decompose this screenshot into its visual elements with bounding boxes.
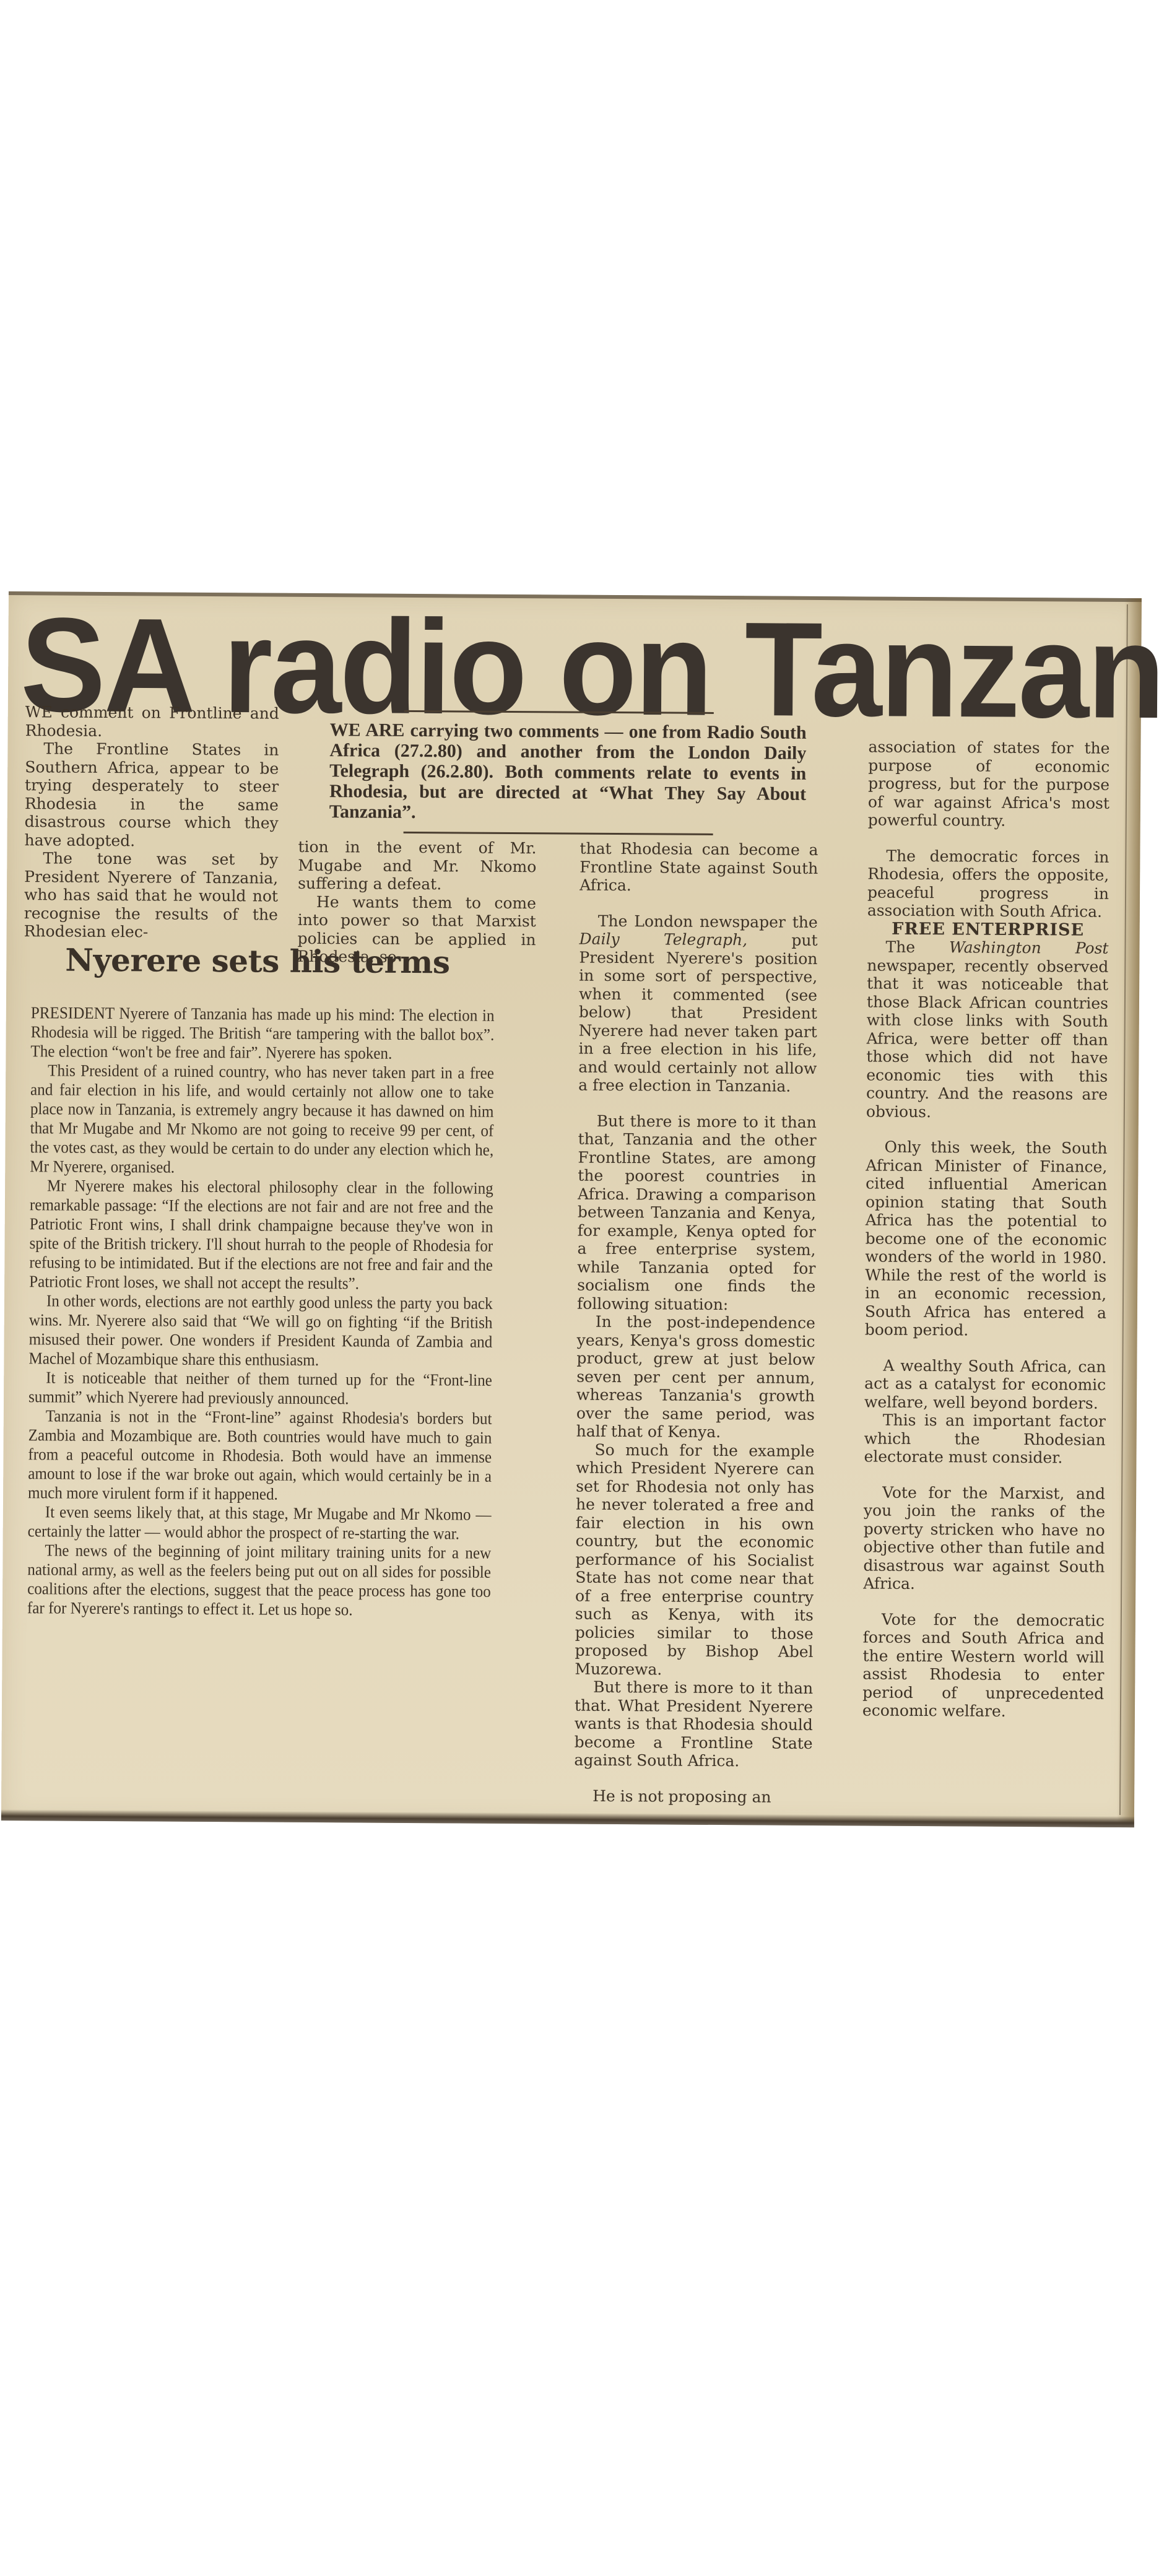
paragraph: But there is more to it than that, Tanza… — [577, 1112, 817, 1314]
paragraph: PRESIDENT Nyerere of Tanzania has made u… — [30, 1003, 494, 1064]
paragraph: He is not proposing an — [574, 1786, 812, 1806]
paragraph: A wealthy South Africa, can act as a cat… — [864, 1356, 1106, 1412]
text: newspaper, recently observed that it was… — [866, 956, 1109, 1121]
paragraph: In other words, elections are not earthl… — [28, 1291, 492, 1371]
paragraph: The democratic forces in Rhodesia, offer… — [867, 846, 1109, 921]
section-heading: FREE ENTERPRISE — [867, 920, 1109, 939]
intro-text: WE ARE carrying two comments — one from … — [329, 720, 807, 822]
paragraph: The Washington Post newspaper, recently … — [866, 938, 1109, 1121]
paragraph: This is an important factor which the Rh… — [864, 1411, 1106, 1467]
second-article-body: PRESIDENT Nyerere of Tanzania has made u… — [27, 1003, 495, 1621]
paragraph: The news of the beginning of joint milit… — [27, 1541, 491, 1621]
paragraph: The Frontline States in Southern Africa,… — [24, 739, 279, 851]
text: The London newspaper the — [598, 912, 818, 931]
paragraph: In the post-independence years, Kenya's … — [576, 1313, 815, 1442]
paragraph: association of states for the purpose of… — [868, 738, 1110, 830]
column-4: association of states for the purpose of… — [862, 738, 1110, 1721]
second-article-headline: Nyerere sets his terms — [65, 942, 449, 981]
paragraph: Mr Nyerere makes his electoral philosoph… — [29, 1176, 493, 1294]
paragraph: It even seems likely that, at this stage… — [28, 1502, 492, 1544]
paragraph: Tanzania is not in the “Front-line” agai… — [28, 1406, 492, 1505]
divider — [404, 832, 713, 835]
paragraph: WE comment on Frontline and Rhodesia. — [25, 703, 279, 741]
paragraph: The tone was set by President Nyerere of… — [24, 849, 279, 942]
paragraph: Vote for the Marxist, and you join the r… — [863, 1483, 1105, 1594]
paragraph: that Rhodesia can become a Frontline Sta… — [579, 840, 818, 896]
column-3: that Rhodesia can become a Frontline Sta… — [574, 840, 818, 1806]
paragraph: The London newspaper the Daily Telegraph… — [578, 912, 818, 1095]
paragraph: Vote for the democratic forces and South… — [862, 1610, 1105, 1721]
paragraph: It is noticeable that neither of them tu… — [28, 1368, 492, 1409]
editor-intro-box: WE ARE carrying two comments — one from … — [329, 710, 807, 833]
paragraph: Only this week, the South African Minist… — [865, 1138, 1108, 1340]
text: put President Nyerere's position in some… — [578, 931, 818, 1095]
paragraph: But there is more to it than that. What … — [574, 1678, 813, 1771]
paragraph: This President of a ruined country, who … — [30, 1061, 494, 1179]
text: The — [885, 938, 915, 956]
paragraph: So much for the example which President … — [575, 1440, 814, 1679]
publication-name: Daily Telegraph, — [579, 930, 748, 949]
column-1: WE comment on Frontline and Rhodesia. Th… — [24, 703, 279, 942]
newspaper-clipping: SA radio on Tanzania WE comment on Front… — [1, 591, 1142, 1827]
paragraph: tion in the event of Mr. Mugabe and Mr. … — [298, 838, 537, 894]
publication-name: Washington Post — [949, 938, 1109, 957]
